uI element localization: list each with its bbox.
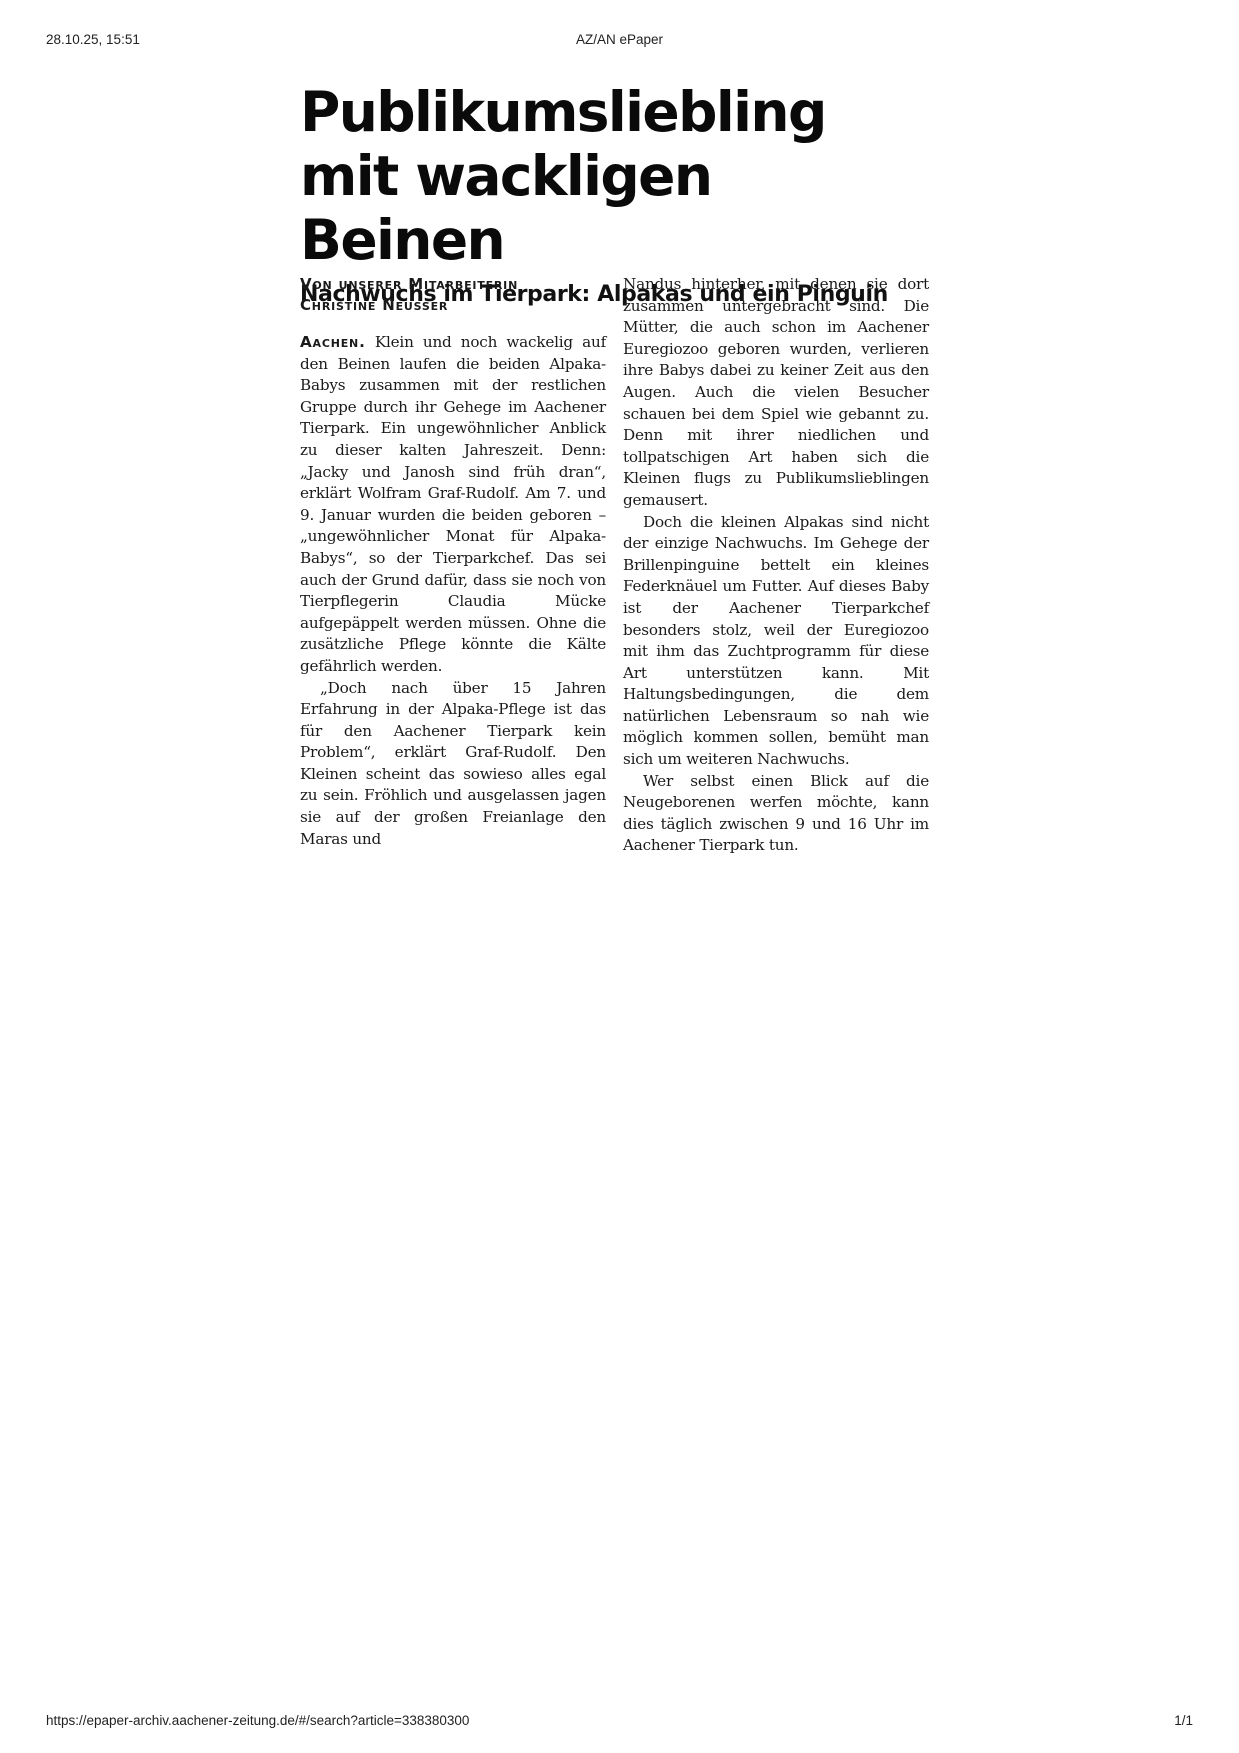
headline-line-1: Publikumsliebling [300, 80, 826, 144]
dateline: Aachen. [300, 333, 366, 351]
print-page-count: 1/1 [1174, 1713, 1193, 1728]
article: Publikumsliebling mit wackligen Beinen N… [300, 80, 932, 310]
article-column-1: Von unserer Mitarbeiterin Christine Neus… [300, 274, 606, 850]
byline: Von unserer Mitarbeiterin Christine Neus… [300, 274, 606, 316]
paragraph-text: Klein und noch wackelig auf den Beinen l… [300, 333, 606, 675]
article-headline: Publikumsliebling mit wackligen Beinen [300, 80, 932, 272]
paragraph: Aachen. Klein und noch wackelig auf den … [300, 332, 606, 678]
article-column-2: Nandus hinterher, mit denen sie dort zus… [623, 274, 929, 857]
byline-line-1: Von unserer Mitarbeiterin [300, 275, 518, 293]
byline-author: Christine Neusser [300, 296, 448, 314]
paragraph: Wer selbst einen Blick auf die Neugebore… [623, 771, 929, 857]
paragraph: „Doch nach über 15 Jahren Erfahrung in d… [300, 678, 606, 851]
paragraph: Nandus hinterher, mit denen sie dort zus… [623, 274, 929, 512]
print-header: 28.10.25, 15:51 AZ/AN ePaper [0, 32, 1239, 52]
print-page-title: AZ/AN ePaper [0, 32, 1239, 47]
headline-line-2: mit wackligen Beinen [300, 144, 711, 272]
paragraph: Doch die kleinen Alpakas sind nicht der … [623, 512, 929, 771]
print-footer: https://epaper-archiv.aachener-zeitung.d… [0, 1713, 1239, 1733]
print-url: https://epaper-archiv.aachener-zeitung.d… [46, 1713, 469, 1728]
